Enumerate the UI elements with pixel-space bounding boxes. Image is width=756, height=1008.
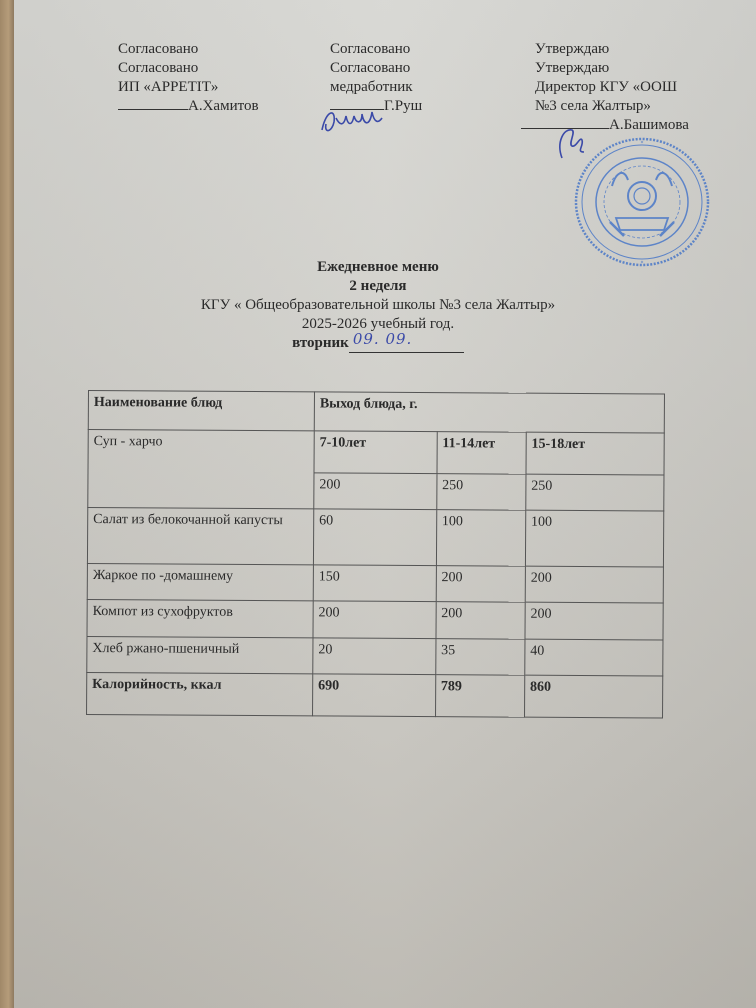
calories-value: 690 — [312, 674, 435, 717]
approval-line: Утверждаю — [535, 40, 689, 59]
approval-role: Директор КГУ «ООШ — [535, 78, 689, 97]
dish-name: Компот из сухофруктов — [87, 599, 313, 637]
calories-value: 789 — [435, 675, 524, 718]
signer-name: А.Башимова — [609, 117, 689, 133]
yield-value: 100 — [436, 510, 526, 567]
approval-line: Согласовано — [118, 40, 259, 59]
yield-value: 250 — [436, 474, 525, 511]
date-field: 09. 09. — [349, 336, 464, 353]
yield-value: 200 — [436, 602, 525, 640]
signature-line — [118, 97, 188, 110]
table-row: Салат из белокочанной капусты 60 100 100 — [87, 508, 663, 568]
official-stamp-icon — [572, 136, 712, 268]
approval-line: Согласовано — [330, 59, 422, 78]
approval-line: Согласовано — [330, 40, 422, 59]
yield-value: 20 — [313, 638, 436, 675]
yield-value: 200 — [436, 566, 525, 603]
yield-value: 200 — [525, 602, 663, 640]
approval-org: ИП «APPETIT» — [118, 78, 259, 97]
table-total-row: Калорийность, ккал 690 789 860 — [87, 672, 663, 718]
dish-name: Суп - харчо — [88, 430, 314, 509]
signer-name: А.Хамитов — [188, 98, 259, 114]
yield-value: 150 — [313, 565, 436, 602]
approval-org: №3 села Жалтыр» — [535, 97, 689, 116]
header-dish: Наименование блюд — [88, 391, 314, 431]
age-group: 15-18лет — [526, 432, 664, 475]
calories-value: 860 — [524, 675, 662, 718]
handwritten-signature-icon — [318, 104, 388, 138]
header-yield: Выход блюда, г. — [314, 392, 664, 433]
yield-value: 200 — [313, 601, 436, 639]
day-label: вторник — [292, 335, 349, 351]
dish-name: Хлеб ржано-пшеничный — [87, 636, 313, 673]
yield-value: 60 — [313, 509, 436, 566]
approval-line: Утверждаю — [535, 59, 689, 78]
week-label: 2 неделя — [0, 277, 756, 296]
desk-edge — [0, 0, 14, 1008]
table-row: Хлеб ржано-пшеничный 20 35 40 — [87, 636, 663, 676]
calories-label: Калорийность, ккал — [87, 672, 313, 715]
yield-value: 40 — [525, 639, 663, 676]
table-header-row: Наименование блюд Выход блюда, г. — [88, 391, 664, 434]
approval-role: медработник — [330, 78, 422, 97]
table-row: Жаркое по -домашнему 150 200 200 — [87, 563, 663, 603]
table-row: Суп - харчо 7-10лет 11-14лет 15-18лет — [88, 430, 664, 476]
dish-name: Салат из белокочанной капусты — [87, 508, 313, 565]
approval-line: Согласовано — [118, 59, 259, 78]
table-row: Компот из сухофруктов 200 200 200 — [87, 599, 663, 640]
yield-value: 200 — [525, 566, 663, 603]
organization-name: КГУ « Общеобразовательной школы №3 села … — [0, 296, 756, 315]
approval-block-director: Утверждаю Утверждаю Директор КГУ «ООШ №3… — [535, 40, 689, 135]
dish-name: Жаркое по -домашнему — [87, 563, 313, 600]
yield-value: 100 — [525, 510, 663, 567]
approval-block-appetit: Согласовано Согласовано ИП «APPETIT» А.Х… — [118, 40, 259, 116]
age-group: 11-14лет — [437, 432, 526, 475]
page-title: Ежедневное меню — [0, 258, 756, 277]
yield-value: 35 — [435, 639, 524, 676]
menu-table: Наименование блюд Выход блюда, г. Суп - … — [86, 390, 665, 719]
yield-value: 200 — [314, 473, 437, 510]
signer-name: Г.Руш — [384, 98, 422, 114]
handwritten-date: 09. 09. — [353, 330, 412, 349]
menu-header: Ежедневное меню 2 неделя КГУ « Общеобраз… — [0, 258, 756, 353]
age-group: 7-10лет — [314, 431, 437, 474]
yield-value: 250 — [526, 474, 664, 511]
